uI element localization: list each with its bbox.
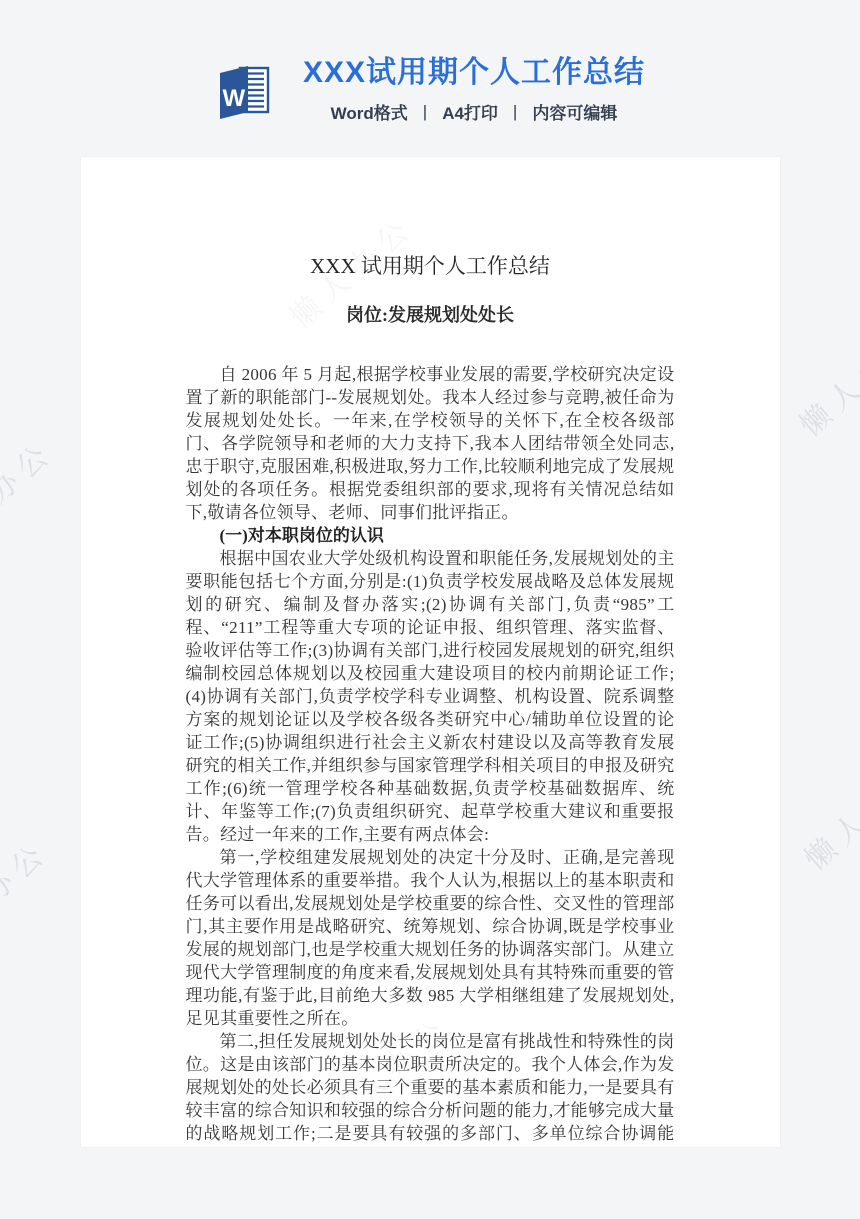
page-background: 懒人办公 懒人办公 懒人办公 懒人办公 懒人办公 懒人办公 懒人办公 (0, 0, 860, 1219)
watermark-text: 懒人办公 (0, 429, 62, 562)
document-page: XXX 试用期个人工作总结 岗位:发展规划处处长 自 2006 年 5 月起,根… (81, 157, 780, 1147)
paragraph-second-point: 第二,担任发展规划处处长的岗位是富有挑战性和特殊性的岗位。这是由该部门的基本岗位… (186, 1030, 675, 1147)
word-logo-letter: W (222, 85, 245, 112)
header-text: XXX试用期个人工作总结 Word格式 | A4打印 | 内容可编辑 (303, 56, 645, 124)
paragraph-first-point: 第一,学校组建发展规划处的决定十分及时、正确,是完善现代大学管理体系的重要举措。… (186, 846, 675, 1030)
badge-separator: | (513, 102, 517, 122)
watermark-text: 懒人办公 (0, 829, 57, 962)
badge-editable: 内容可编辑 (532, 99, 617, 124)
document-position-subtitle: 岗位:发展规划处处长 (186, 303, 675, 327)
paragraph-duties: 根据中国农业大学处级机构设置和职能任务,发展规划处的主要职能包括七个方面,分别是… (186, 547, 675, 846)
format-badges: Word格式 | A4打印 | 内容可编辑 (303, 99, 645, 124)
watermark-text: 懒人办公 (793, 746, 860, 879)
word-logo-icon: W (215, 61, 273, 119)
document-title: XXX 试用期个人工作总结 (186, 251, 675, 281)
section-heading: (一)对本职岗位的认识 (186, 524, 675, 547)
paragraph-intro: 自 2006 年 5 月起,根据学校事业发展的需要,学校研究决定设置了新的职能部… (186, 363, 675, 524)
badge-word-format: Word格式 (331, 99, 408, 124)
site-header: W XXX试用期个人工作总结 Word格式 | A4打印 | 内容可编辑 (0, 0, 860, 124)
watermark-text: 懒人办公 (788, 312, 860, 445)
badge-separator: | (423, 102, 427, 122)
badge-a4-print: A4打印 (442, 99, 498, 124)
template-title: XXX试用期个人工作总结 (303, 56, 645, 90)
